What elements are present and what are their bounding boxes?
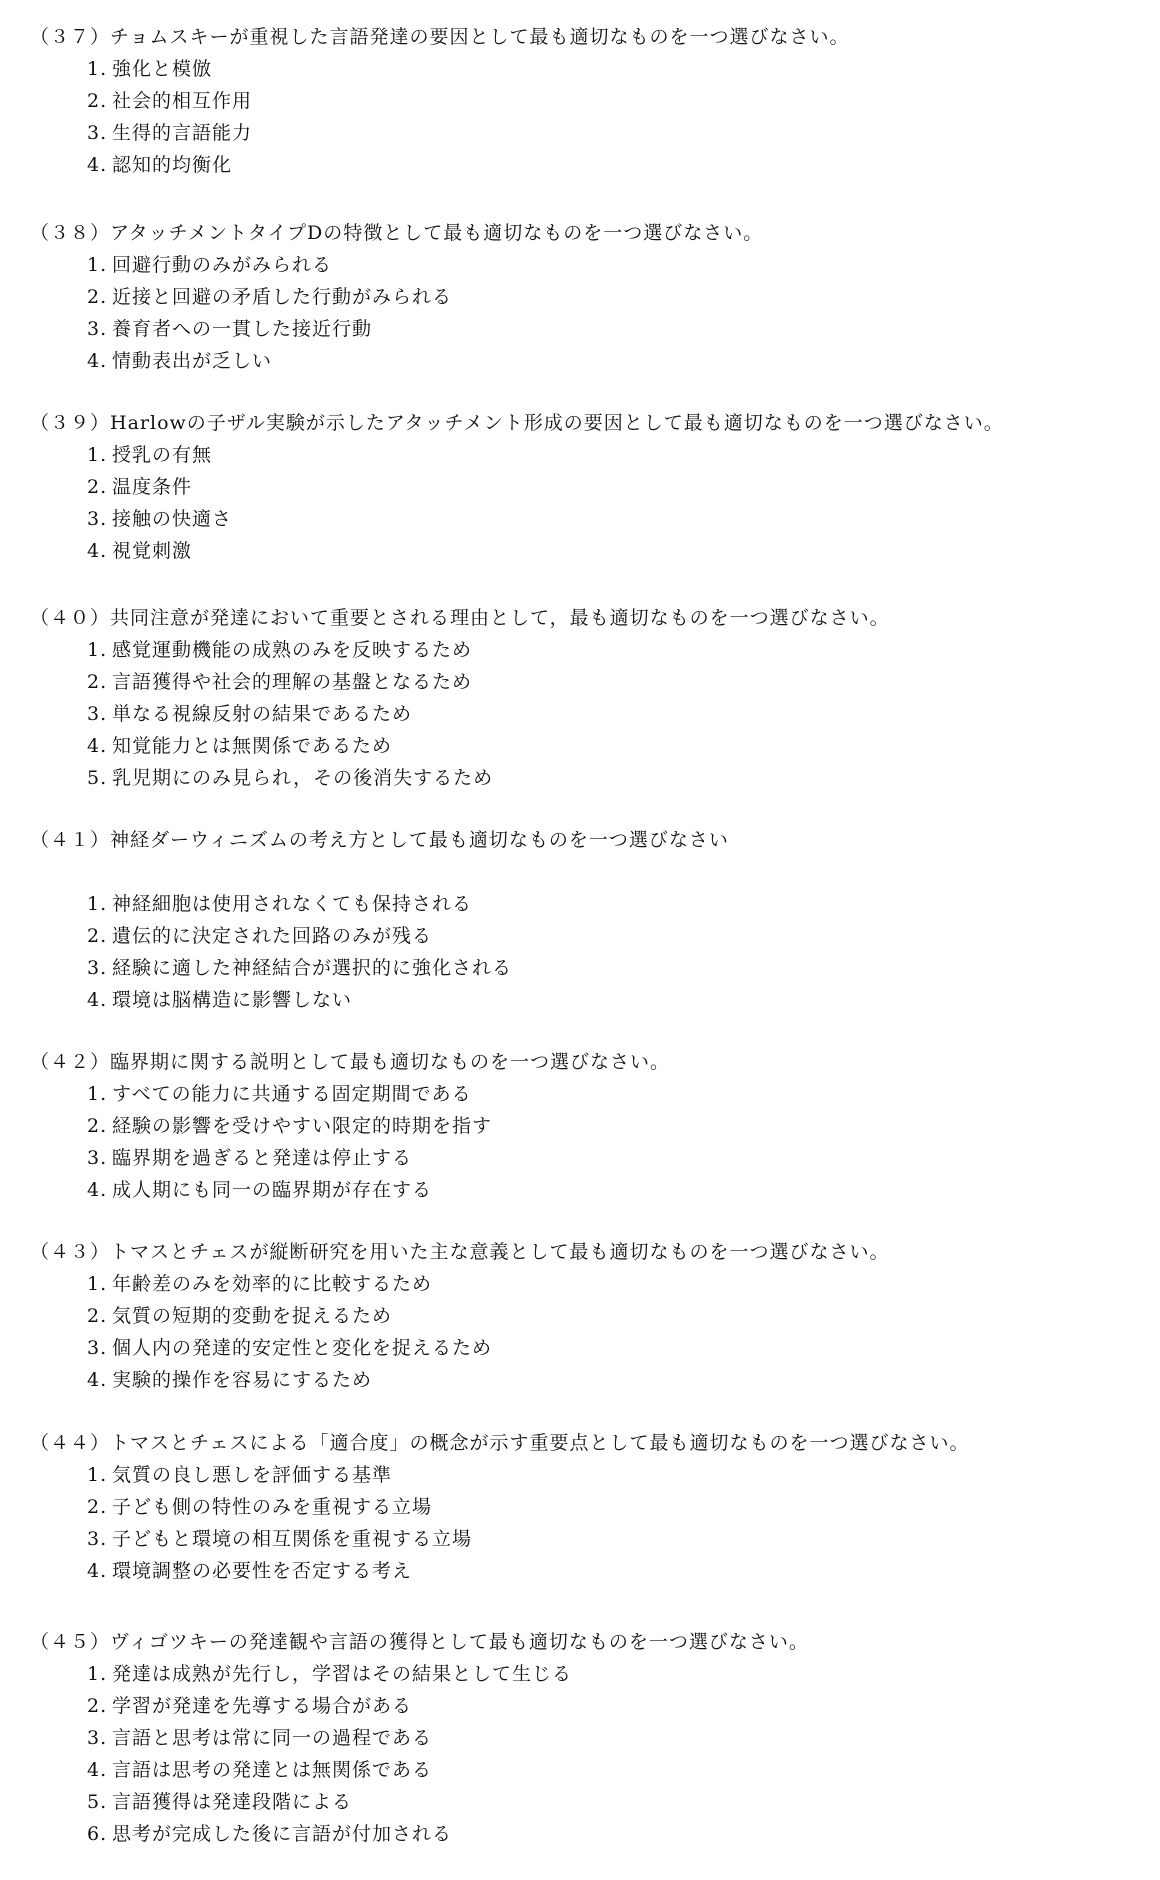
option-text: 気質の短期的変動を捉えるため [112,1305,392,1327]
question-stem: （４５）ヴィゴツキーの発達観や言語の獲得として最も適切なものを一つ選びなさい。 [30,1626,1140,1658]
option-item: 4.成人期にも同一の臨界期が存在する [30,1174,1140,1206]
option-number: 3. [87,313,112,345]
option-text: 情動表出が乏しい [112,350,272,372]
option-item: 1.回避行動のみがみられる [30,249,1140,281]
option-number: 4. [87,345,112,377]
option-number: 4. [87,1174,112,1206]
option-item: 1.授乳の有無 [30,439,1140,471]
question-text: トマスとチェスが縦断研究を用いた主な意義として最も適切なものを一つ選びなさい。 [110,1241,889,1263]
option-text: 単なる視線反射の結果であるため [112,703,412,725]
question-text: チョムスキーが重視した言語発達の要因として最も適切なものを一つ選びなさい。 [110,26,849,48]
option-item: 3.個人内の発達的安定性と変化を捉えるため [30,1332,1140,1364]
option-text: 思考が完成した後に言語が付加される [112,1823,452,1845]
question-text: トマスとチェスによる「適合度」の概念が示す重要点として最も適切なものを一つ選びな… [110,1432,969,1454]
option-number: 3. [87,952,112,984]
option-text: 強化と模倣 [112,58,212,80]
option-item: 4.環境調整の必要性を否定する考え [30,1555,1140,1587]
option-item: 4.視覚刺激 [30,535,1140,567]
option-text: 成人期にも同一の臨界期が存在する [112,1179,432,1201]
option-number: 1. [87,1658,112,1690]
option-number: 2. [87,920,112,952]
question-40: （４０）共同注意が発達において重要とされる理由として，最も適切なものを一つ選びな… [30,602,1140,794]
option-text: 実験的操作を容易にするため [112,1369,372,1391]
question-stem: （３７）チョムスキーが重視した言語発達の要因として最も適切なものを一つ選びなさい… [30,21,1140,53]
option-item: 3.養育者への一貫した接近行動 [30,313,1140,345]
option-item: 6.思考が完成した後に言語が付加される [30,1818,1140,1850]
option-text: 乳児期にのみ見られ，その後消失するため [112,767,493,789]
option-text: 子ども側の特性のみを重視する立場 [112,1496,432,1518]
option-item: 3.単なる視線反射の結果であるため [30,698,1140,730]
option-item: 4.実験的操作を容易にするため [30,1364,1140,1396]
option-text: 生得的言語能力 [112,122,252,144]
option-number: 3. [87,1722,112,1754]
option-number: 2. [87,1491,112,1523]
option-text: 感覚運動機能の成熟のみを反映するため [112,639,472,661]
option-text: 認知的均衡化 [112,154,232,176]
option-number: 1. [87,439,112,471]
option-item: 1.年齢差のみを効率的に比較するため [30,1268,1140,1300]
question-number: （３８） [30,217,110,249]
option-text: 経験の影響を受けやすい限定的時期を指す [112,1115,492,1137]
option-number: 2. [87,471,112,503]
option-item: 1.神経細胞は使用されなくても保持される [30,888,1140,920]
option-text: 視覚刺激 [112,540,192,562]
option-text: 個人内の発達的安定性と変化を捉えるため [112,1337,492,1359]
option-text: 気質の良し悪しを評価する基準 [112,1464,392,1486]
question-43: （４３）トマスとチェスが縦断研究を用いた主な意義として最も適切なものを一つ選びな… [30,1236,1140,1396]
option-text: 知覚能力とは無関係であるため [112,735,392,757]
option-text: 言語と思考は常に同一の過程である [112,1727,432,1749]
option-number: 2. [87,1690,112,1722]
option-item: 3.生得的言語能力 [30,117,1140,149]
question-number: （４４） [30,1427,110,1459]
option-number: 1. [87,888,112,920]
question-number: （３７） [30,21,110,53]
question-text: ヴィゴツキーの発達観や言語の獲得として最も適切なものを一つ選びなさい。 [110,1631,809,1653]
option-number: 2. [87,1300,112,1332]
question-stem: （４０）共同注意が発達において重要とされる理由として，最も適切なものを一つ選びな… [30,602,1140,634]
option-text: 遺伝的に決定された回路のみが残る [112,925,432,947]
option-text: 環境は脳構造に影響しない [112,989,352,1011]
question-number: （４２） [30,1046,110,1078]
option-text: 発達は成熟が先行し，学習はその結果として生じる [112,1663,572,1685]
option-item: 4.情動表出が乏しい [30,345,1140,377]
option-item: 1.強化と模倣 [30,53,1140,85]
option-text: 養育者への一貫した接近行動 [112,318,372,340]
option-number: 4. [87,1555,112,1587]
option-number: 1. [87,1078,112,1110]
option-item: 2.社会的相互作用 [30,85,1140,117]
option-text: 環境調整の必要性を否定する考え [112,1560,412,1582]
option-item: 5.言語獲得は発達段階による [30,1786,1140,1818]
option-text: 年齢差のみを効率的に比較するため [112,1273,432,1295]
option-item: 2.近接と回避の矛盾した行動がみられる [30,281,1140,313]
question-stem: （３９）Harlowの子ザル実験が示したアタッチメント形成の要因として最も適切な… [30,407,1140,439]
option-number: 4. [87,1754,112,1786]
option-number: 5. [87,1786,112,1818]
option-number: 2. [87,1110,112,1142]
question-stem: （３８）アタッチメントタイプDの特徴として最も適切なものを一つ選びなさい。 [30,217,1140,249]
option-number: 2. [87,281,112,313]
option-number: 5. [87,762,112,794]
option-text: 授乳の有無 [112,444,212,466]
option-text: 言語獲得は発達段階による [112,1791,352,1813]
question-45: （４５）ヴィゴツキーの発達観や言語の獲得として最も適切なものを一つ選びなさい。 … [30,1626,1140,1850]
option-number: 4. [87,149,112,181]
question-42: （４２）臨界期に関する説明として最も適切なものを一つ選びなさい。 1.すべての能… [30,1046,1140,1206]
question-number: （４３） [30,1236,110,1268]
option-item: 2.子ども側の特性のみを重視する立場 [30,1491,1140,1523]
option-item: 2.学習が発達を先導する場合がある [30,1690,1140,1722]
option-text: 言語は思考の発達とは無関係である [112,1759,432,1781]
option-number: 1. [87,1459,112,1491]
option-item: 2.温度条件 [30,471,1140,503]
option-item: 3.臨界期を過ぎると発達は停止する [30,1142,1140,1174]
option-text: 経験に適した神経結合が選択的に強化される [112,957,512,979]
question-stem: （４３）トマスとチェスが縦断研究を用いた主な意義として最も適切なものを一つ選びな… [30,1236,1140,1268]
question-41: （４１）神経ダーウィニズムの考え方として最も適切なものを一つ選びなさい 1.神経… [30,824,1140,1016]
option-item: 3.言語と思考は常に同一の過程である [30,1722,1140,1754]
blank-line [30,856,1140,888]
option-item: 2.経験の影響を受けやすい限定的時期を指す [30,1110,1140,1142]
question-39: （３９）Harlowの子ザル実験が示したアタッチメント形成の要因として最も適切な… [30,407,1140,567]
option-item: 5.乳児期にのみ見られ，その後消失するため [30,762,1140,794]
option-item: 4.言語は思考の発達とは無関係である [30,1754,1140,1786]
option-text: 学習が発達を先導する場合がある [112,1695,412,1717]
option-number: 4. [87,730,112,762]
option-item: 4.環境は脳構造に影響しない [30,984,1140,1016]
option-number: 2. [87,666,112,698]
option-number: 1. [87,634,112,666]
option-item: 1.すべての能力に共通する固定期間である [30,1078,1140,1110]
option-item: 4.認知的均衡化 [30,149,1140,181]
option-number: 4. [87,1364,112,1396]
question-number: （４１） [30,824,110,856]
option-number: 4. [87,984,112,1016]
option-text: 言語獲得や社会的理解の基盤となるため [112,671,472,693]
option-item: 3.子どもと環境の相互関係を重視する立場 [30,1523,1140,1555]
question-number: （４０） [30,602,110,634]
option-text: 温度条件 [112,476,192,498]
question-text: Harlowの子ザル実験が示したアタッチメント形成の要因として最も適切なものを一… [110,412,1004,434]
option-item: 1.気質の良し悪しを評価する基準 [30,1459,1140,1491]
question-stem: （４１）神経ダーウィニズムの考え方として最も適切なものを一つ選びなさい [30,824,1140,856]
option-item: 1.発達は成熟が先行し，学習はその結果として生じる [30,1658,1140,1690]
option-text: 回避行動のみがみられる [112,254,332,276]
option-text: 社会的相互作用 [112,90,252,112]
option-text: すべての能力に共通する固定期間である [112,1083,472,1105]
option-number: 1. [87,1268,112,1300]
option-item: 4.知覚能力とは無関係であるため [30,730,1140,762]
option-item: 1.感覚運動機能の成熟のみを反映するため [30,634,1140,666]
question-text: 神経ダーウィニズムの考え方として最も適切なものを一つ選びなさい [110,829,729,851]
option-number: 3. [87,503,112,535]
option-item: 3.接触の快適さ [30,503,1140,535]
question-stem: （４４）トマスとチェスによる「適合度」の概念が示す重要点として最も適切なものを一… [30,1427,1140,1459]
option-item: 2.気質の短期的変動を捉えるため [30,1300,1140,1332]
option-number: 3. [87,1142,112,1174]
question-text: アタッチメントタイプDの特徴として最も適切なものを一つ選びなさい。 [110,222,763,244]
option-item: 2.言語獲得や社会的理解の基盤となるため [30,666,1140,698]
question-38: （３８）アタッチメントタイプDの特徴として最も適切なものを一つ選びなさい。 1.… [30,217,1140,377]
option-number: 2. [87,85,112,117]
option-number: 1. [87,249,112,281]
option-text: 臨界期を過ぎると発達は停止する [112,1147,412,1169]
option-text: 子どもと環境の相互関係を重視する立場 [112,1528,472,1550]
question-44: （４４）トマスとチェスによる「適合度」の概念が示す重要点として最も適切なものを一… [30,1427,1140,1587]
option-number: 6. [87,1818,112,1850]
question-number: （３９） [30,407,110,439]
option-number: 4. [87,535,112,567]
option-item: 2.遺伝的に決定された回路のみが残る [30,920,1140,952]
question-37: （３７）チョムスキーが重視した言語発達の要因として最も適切なものを一つ選びなさい… [30,21,1140,181]
option-number: 3. [87,698,112,730]
option-number: 3. [87,117,112,149]
option-text: 接触の快適さ [112,508,232,530]
option-text: 近接と回避の矛盾した行動がみられる [112,286,452,308]
option-item: 3.経験に適した神経結合が選択的に強化される [30,952,1140,984]
option-number: 3. [87,1523,112,1555]
option-number: 3. [87,1332,112,1364]
option-text: 神経細胞は使用されなくても保持される [112,893,472,915]
question-stem: （４２）臨界期に関する説明として最も適切なものを一つ選びなさい。 [30,1046,1140,1078]
option-number: 1. [87,53,112,85]
question-number: （４５） [30,1626,110,1658]
question-text: 臨界期に関する説明として最も適切なものを一つ選びなさい。 [110,1051,670,1073]
question-text: 共同注意が発達において重要とされる理由として，最も適切なものを一つ選びなさい。 [110,607,890,629]
